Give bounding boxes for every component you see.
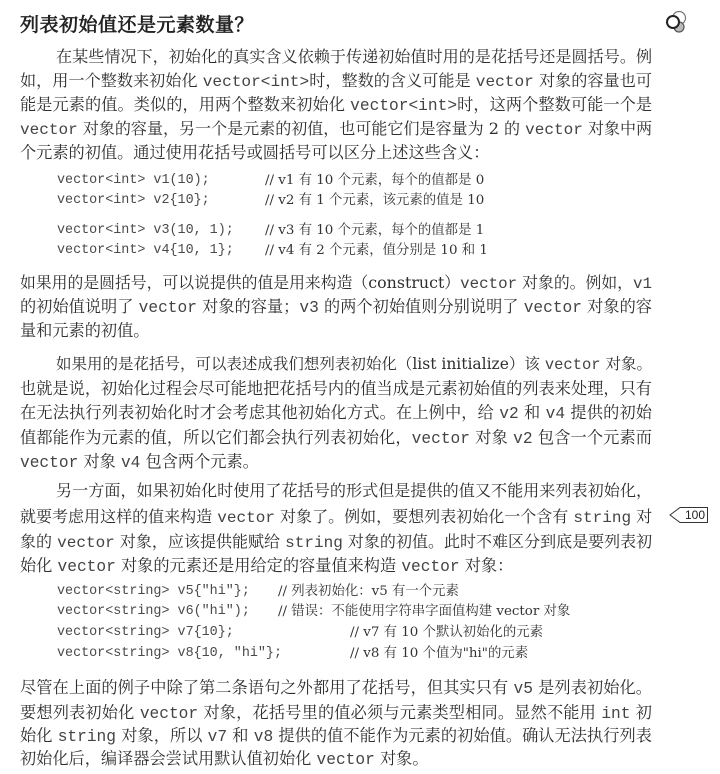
code-line: vector<string> v5{"hi"}; xyxy=(57,583,250,601)
code-line: vector<string> v7{10}; xyxy=(57,624,234,642)
text-line: vector 对象 v4 包含两个元素。 xyxy=(20,451,652,473)
text-line: 在无法执行列表初始化时才会考虑其他初始化方式。在上例中，给 v2 和 v4 提供… xyxy=(20,402,652,424)
code-comment: // 错误：不能使用字符串字面值构建 vector 对象 xyxy=(278,603,570,621)
text-line: 另一方面，如果初始化时使用了花括号的形式但是提供的值又不能用来列表初始化， xyxy=(56,480,652,502)
text-line: 如果用的是圆括号，可以说提供的值是用来构造（construct）vector 对… xyxy=(20,272,652,294)
text-line: 象的 vector 对象，应该提供能赋给 string 对象的初值。此时不难区分… xyxy=(20,531,652,553)
code-comment: // v2 有 1 个元素，该元素的值是 10 xyxy=(265,192,484,210)
code-line: vector<int> v1(10); xyxy=(57,172,210,190)
code-line: vector<int> v3(10, 1); xyxy=(57,222,234,240)
text-line: 始化 string 对象，所以 v7 和 v8 提供的值不能作为元素的初始值。确… xyxy=(20,725,652,747)
code-comment: // v8 有 10 个值为"hi"的元素 xyxy=(350,645,528,663)
code-line: vector<string> v6("hi"); xyxy=(57,603,250,621)
page-marker: 100 xyxy=(669,506,709,524)
text-line: 能是元素的值。类似的，用两个整数来初始化 vector<int>时，这两个整数可… xyxy=(20,94,652,116)
text-line: 如果用的是花括号，可以表述成我们想列表初始化（list initialize）该… xyxy=(56,353,652,375)
code-line: vector<int> v2{10}; xyxy=(57,192,210,210)
code-comment: // 列表初始化：v5 有一个元素 xyxy=(278,583,459,601)
text-line: 尽管在上面的例子中除了第二条语句之外都用了花括号，但其实只有 v5 是列表初始化… xyxy=(20,677,652,699)
page-number: 100 xyxy=(682,506,708,524)
text-line: 始化 vector 对象的元素还是用给定的容量值来构造 vector 对象： xyxy=(20,555,652,577)
text-line: vector 对象的容量，另一个是元素的初值，也可能它们是容量为 2 的 vec… xyxy=(20,118,652,140)
text-line: 量和元素的初值。 xyxy=(20,320,652,342)
text-line: 个元素的初值。通过使用花括号或圆括号可以区分上述这些含义： xyxy=(20,142,652,164)
text-line: 要想列表初始化 vector 对象，花括号里的值必须与元素类型相同。显然不能用 … xyxy=(20,702,652,724)
text-line: 初始化后，编译器会尝试用默认值初始化 vector 对象。 xyxy=(20,748,652,770)
code-line: vector<string> v8{10, "hi"}; xyxy=(57,645,282,663)
text-line: 也就是说，初始化过程会尽可能地把花括号内的值当成是元素初始值的列表来处理，只有 xyxy=(20,378,652,400)
text-line: 如，用一个整数来初始化 vector<int>时，整数的含义可能是 vector… xyxy=(20,70,652,92)
code-comment: // v3 有 10 个元素，每个的值都是 1 xyxy=(265,222,484,240)
text-line: 在某些情况下，初始化的真实含义依赖于传递初始值时用的是花括号还是圆括号。例 xyxy=(56,46,652,68)
code-comment: // v1 有 10 个元素，每个的值都是 0 xyxy=(265,172,484,190)
code-line: vector<int> v4{10, 1}; xyxy=(57,242,234,260)
text-line: 的初始值说明了 vector 对象的容量；v3 的两个初始值则分别说明了 vec… xyxy=(20,296,652,318)
code-comment: // v4 有 2 个元素，值分别是 10 和 1 xyxy=(265,242,488,260)
section-title: 列表初始值还是元素数量？ xyxy=(20,10,254,37)
text-line: 值都能作为元素的值，所以它们都会执行列表初始化，vector 对象 v2 包含一… xyxy=(20,427,652,449)
text-line: 就要考虑用这样的值来构造 vector 对象了。例如，要想列表初始化一个含有 s… xyxy=(20,506,652,528)
code-comment: // v7 有 10 个默认初始化的元素 xyxy=(350,624,543,642)
three-circles-icon xyxy=(664,10,690,36)
